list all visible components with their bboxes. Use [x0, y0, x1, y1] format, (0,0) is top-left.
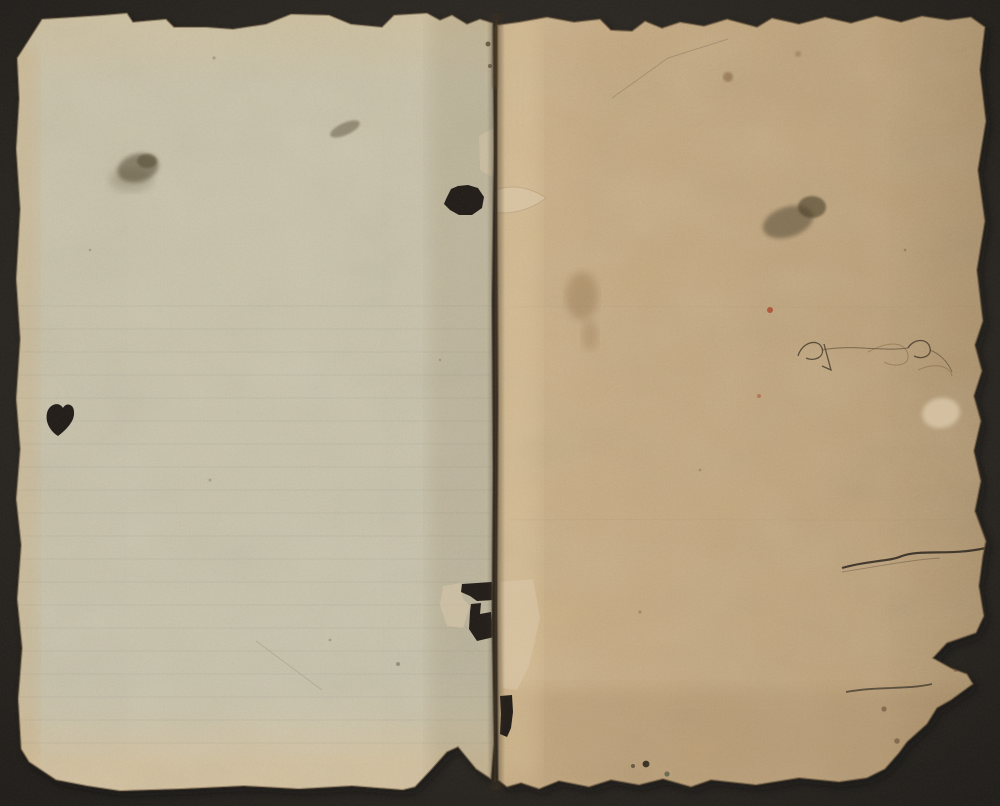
- photo-grain-overlay: [0, 0, 1000, 806]
- manuscript-scan-image: [0, 0, 1000, 806]
- scan-viewer: [0, 0, 1000, 806]
